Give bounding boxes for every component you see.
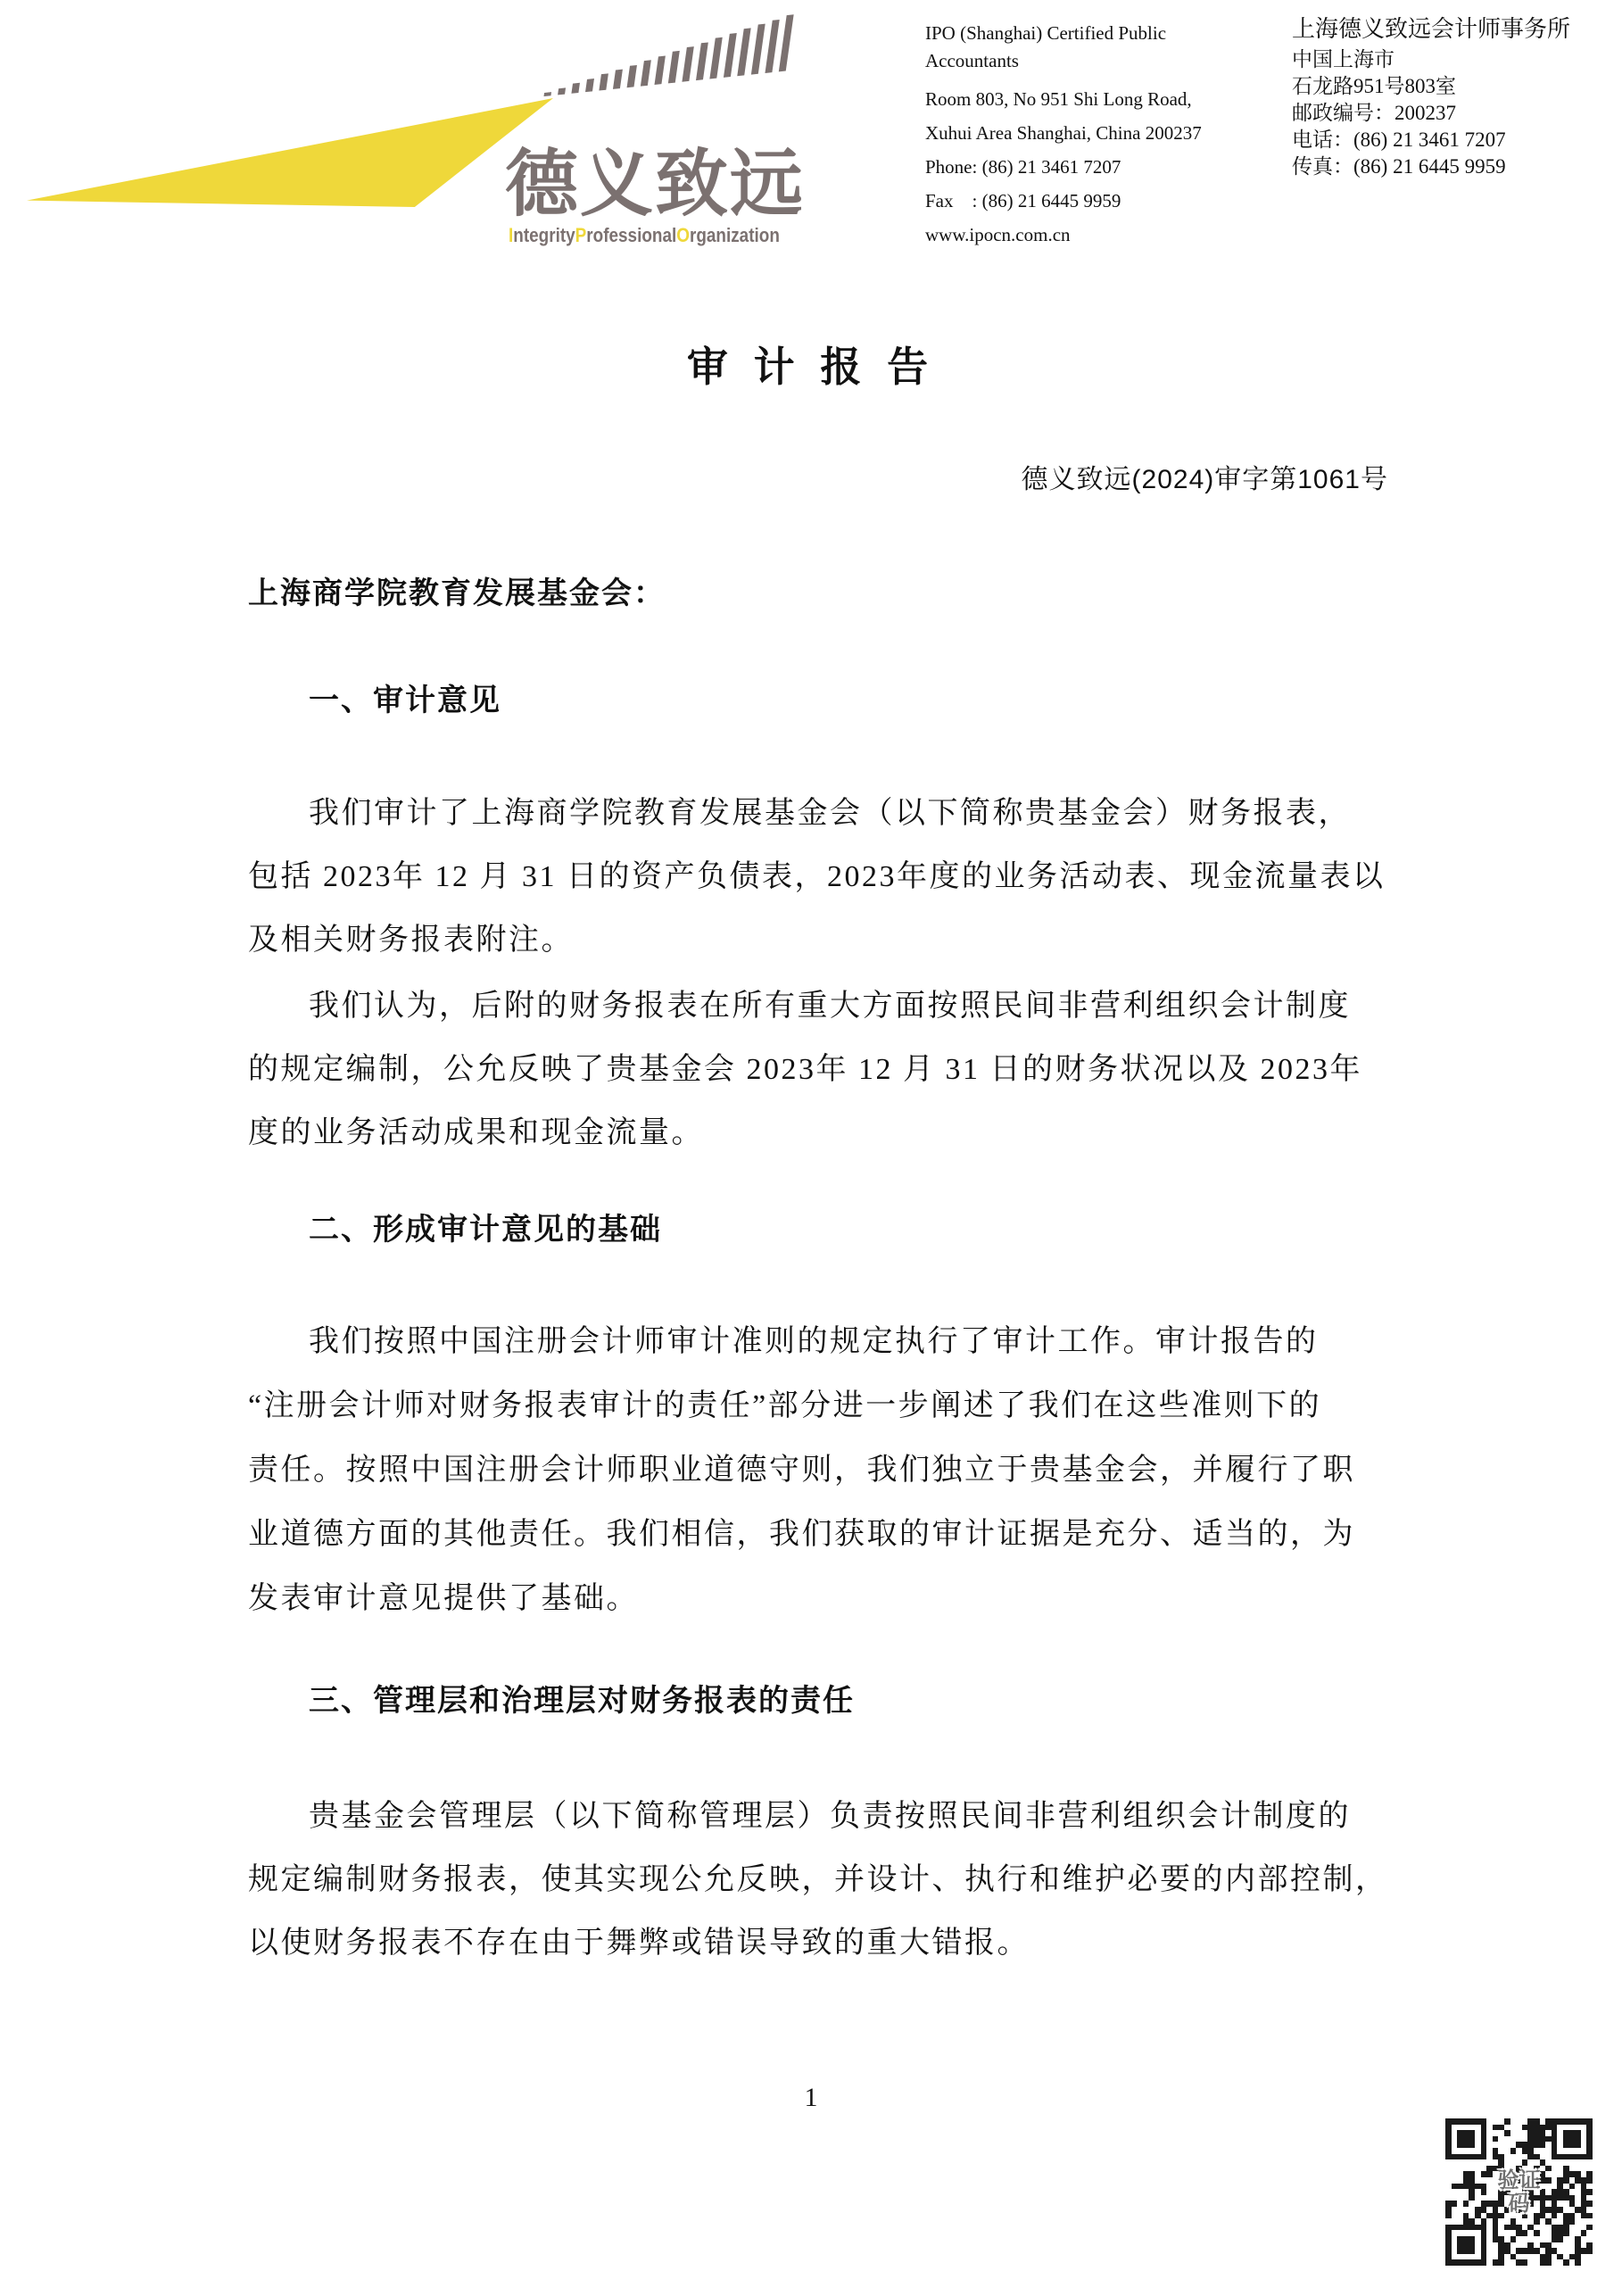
phone-line-cn: 电话：(86) 21 3461 7207: [1292, 127, 1613, 153]
report-number: 德义致远(2024)审字第1061号: [1022, 457, 1388, 496]
fax-line-cn: 传真：(86) 21 6445 9959: [1292, 153, 1613, 180]
website-url: www.ipocn.com.cn: [925, 218, 1273, 252]
body-line: 以使财务报表不存在由于舞弊或错误导致的重大错报。: [248, 1911, 1372, 1975]
body-line: 业道德方面的其他责任。我们相信，我们获取的审计证据是充分、适当的，为: [248, 1503, 1372, 1567]
tagline-word-professional: rofessional: [586, 224, 676, 246]
section-heading-3: 三、管理层和治理层对财务报表的责任: [309, 1676, 855, 1720]
body-line: 及相关财务报表附注。: [248, 908, 1372, 972]
logo-yellow-wedge-icon: [27, 98, 553, 207]
qr-label-line1: 验证: [1498, 2169, 1541, 2192]
fax-line-en: Fax : (86) 21 6445 9959: [925, 184, 1273, 218]
phone-line-en: Phone: (86) 21 3461 7207: [925, 150, 1273, 184]
firm-name-en: IPO (Shanghai) Certified Public Accounta…: [925, 20, 1220, 75]
body-line: 我们审计了上海商学院教育发展基金会（以下简称贵基金会）财务报表，: [248, 782, 1372, 845]
body-line: 我们按照中国注册会计师审计准则的规定执行了审计工作。审计报告的: [248, 1310, 1372, 1374]
contact-block-cn: 上海德义致远会计师事务所 中国上海市 石龙路951号803室 邮政编号：2002…: [1292, 14, 1613, 180]
body-line: “注册会计师对财务报表审计的责任”部分进一步阐述了我们在这些准则下的: [248, 1374, 1372, 1438]
qr-label-line2: 码: [1509, 2192, 1530, 2216]
firm-name-cn: 上海德义致远会计师事务所: [1292, 14, 1613, 45]
paragraph: 我们审计了上海商学院教育发展基金会（以下简称贵基金会）财务报表， 包括 2023…: [248, 782, 1372, 972]
paragraph: 我们按照中国注册会计师审计准则的规定执行了审计工作。审计报告的 “注册会计师对财…: [248, 1310, 1372, 1631]
postcode-line-cn: 邮政编号：200237: [1292, 100, 1613, 127]
body-line: 度的业务活动成果和现金流量。: [248, 1101, 1372, 1165]
paragraph: 贵基金会管理层（以下简称管理层）负责按照民间非营利组织会计制度的 规定编制财务报…: [248, 1785, 1372, 1975]
tagline-word-integrity: ntegrity: [513, 224, 575, 246]
body-line: 的规定编制，公允反映了贵基金会 2023年 12 月 31 日的财务状况以及 2…: [248, 1038, 1372, 1101]
section-heading-2: 二、形成审计意见的基础: [309, 1205, 662, 1248]
address-line-cn: 石龙路951号803室: [1292, 73, 1613, 100]
address-line-en: Room 803, No 951 Shi Long Road,: [925, 82, 1273, 116]
addressee: 上海商学院教育发展基金会：: [248, 568, 666, 612]
body-line: 我们认为，后附的财务报表在所有重大方面按照民间非营利组织会计制度: [248, 974, 1372, 1038]
body-line: 规定编制财务报表，使其实现公允反映，并设计、执行和维护必要的内部控制，: [248, 1848, 1372, 1911]
page-number: 1: [0, 2083, 1622, 2113]
tagline-word-organization: rganization: [690, 224, 780, 246]
body-line: 包括 2023年 12 月 31 日的资产负债表，2023年度的业务活动表、现金…: [248, 845, 1372, 908]
contact-block-en: IPO (Shanghai) Certified Public Accounta…: [925, 20, 1273, 252]
address-line-en: Xuhui Area Shanghai, China 200237: [925, 116, 1273, 150]
body-line: 责任。按照中国注册会计师职业道德守则，我们独立于贵基金会，并履行了职: [248, 1438, 1372, 1503]
qr-code-overlay-label: 验证 码: [1445, 2118, 1593, 2266]
tagline-letter-p: P: [575, 224, 587, 246]
city-line-cn: 中国上海市: [1292, 46, 1613, 73]
logo-tagline: IntegrityProfessionalOrganization: [509, 225, 780, 246]
logo-wordmark: 德义致远: [505, 146, 805, 223]
document-title: 审 计 报 告: [0, 335, 1622, 394]
body-line: 发表审计意见提供了基础。: [248, 1567, 1372, 1631]
tagline-letter-o: O: [676, 224, 690, 246]
audit-report-page: 德义致远 IntegrityProfessionalOrganization I…: [0, 0, 1622, 2296]
body-line: 贵基金会管理层（以下简称管理层）负责按照民间非营利组织会计制度的: [248, 1785, 1372, 1848]
paragraph: 我们认为，后附的财务报表在所有重大方面按照民间非营利组织会计制度 的规定编制，公…: [248, 974, 1372, 1165]
logo-growth-bars-icon: [536, 0, 811, 96]
section-heading-1: 一、审计意见: [309, 676, 501, 719]
